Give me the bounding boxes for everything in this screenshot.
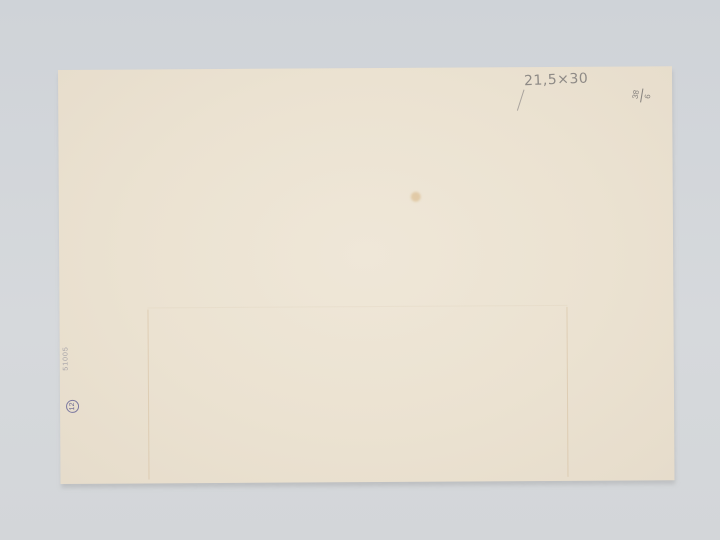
left-crease-line [147, 309, 149, 479]
circled-stamp-mark: 12 [66, 400, 79, 413]
dimension-annotation: 21,5×30 [524, 71, 589, 90]
side-inventory-number: 51005 [62, 346, 69, 371]
stain-mark [411, 192, 421, 202]
fraction-annotation: 38 6 [630, 87, 664, 106]
pencil-stroke [517, 90, 525, 111]
fold-line [147, 305, 567, 309]
paper-sheet: 21,5×30 38 6 51005 12 [58, 66, 675, 484]
fraction-denominator: 6 [642, 89, 653, 104]
right-crease-line [566, 307, 568, 477]
